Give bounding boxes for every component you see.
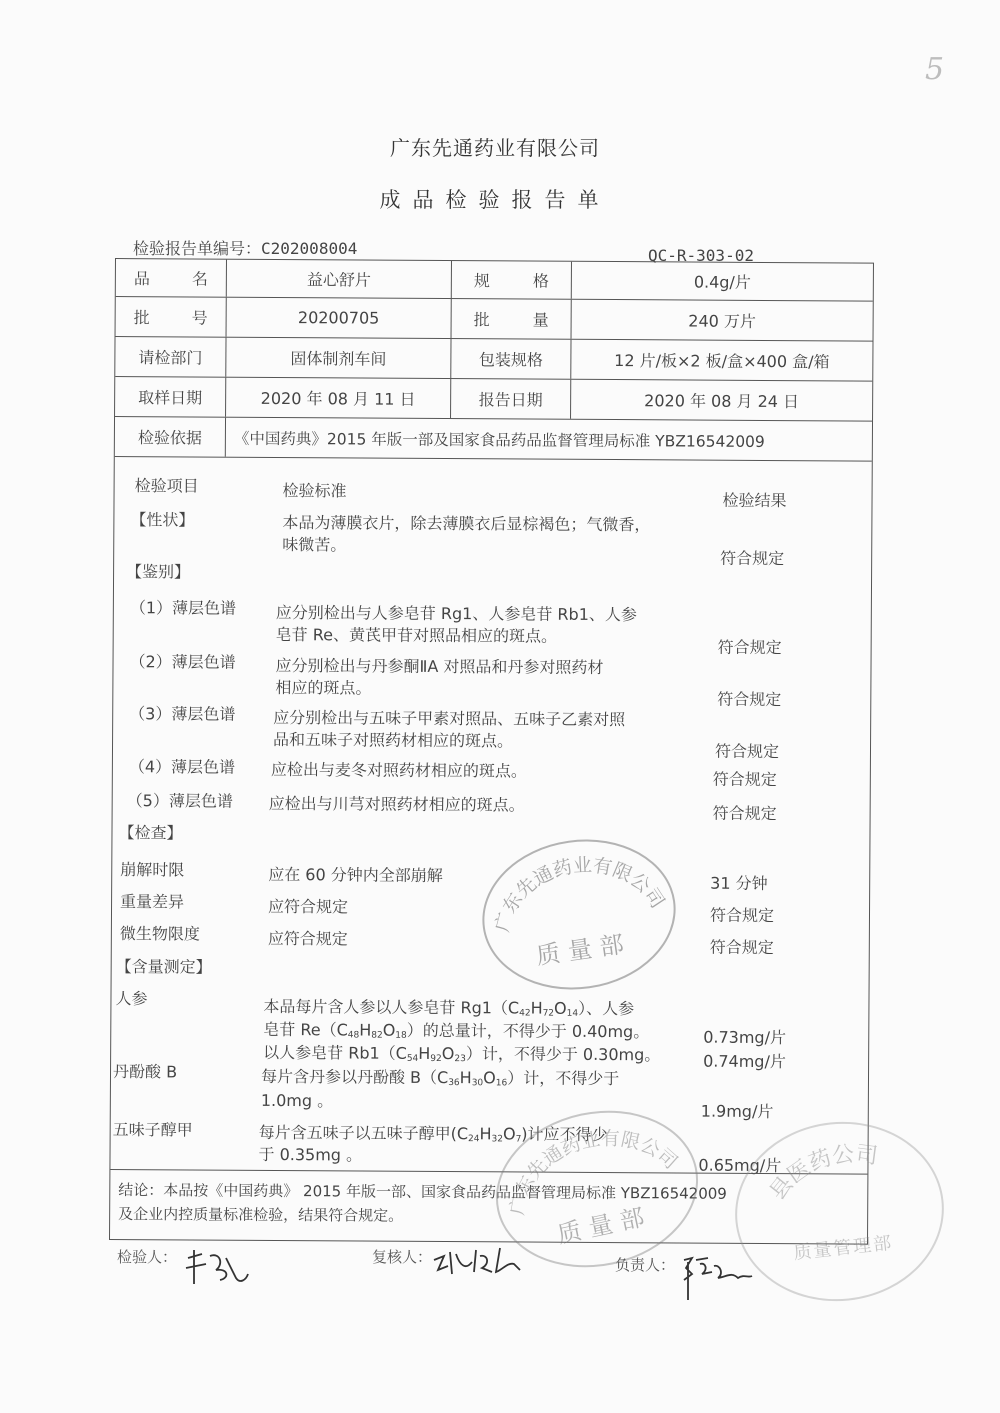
basis-value: 《中国药典》2015 年版一部及国家食品药品监督管理局标准 YBZ1654200… <box>225 418 872 461</box>
text: O <box>483 1068 496 1087</box>
packing-value: 12 片/板×2 板/盒×400 盒/箱 <box>570 340 872 381</box>
assay-name: 丹酚酸 B <box>113 1061 177 1083</box>
subscript: 30 <box>472 1078 484 1088</box>
subscript: 36 <box>448 1078 460 1088</box>
inspection-name: 微生物限度 <box>120 923 200 945</box>
assay-name: 人参 <box>115 988 147 1010</box>
sample-date-label: 取样日期 <box>115 377 225 417</box>
text: O <box>442 1044 455 1063</box>
product-name-value: 益心舒片 <box>226 260 451 298</box>
identification-result: 符合规定 <box>718 637 782 659</box>
section-appearance-title: 【性状】 <box>130 509 194 531</box>
dept-label: 请检部门 <box>115 337 225 377</box>
appearance-standard-line2: 味微苦。 <box>282 534 346 556</box>
section-identification-title: 【鉴别】 <box>126 561 190 583</box>
label-char: 量 <box>533 308 549 331</box>
identification-result: 符合规定 <box>715 741 779 763</box>
label-char: 品 <box>134 266 150 289</box>
identification-name: （5）薄层色谱 <box>127 790 233 813</box>
section-assay-title: 【含量测定】 <box>116 956 212 979</box>
identification-result: 符合规定 <box>713 803 777 825</box>
text: 每片含丹参以丹酚酸 B（C <box>261 1067 448 1087</box>
document-title: 成品检验报告单 <box>0 184 990 214</box>
text: O <box>383 1021 396 1040</box>
subscript: 14 <box>567 1009 579 1019</box>
col-header-standard: 检验标准 <box>283 480 347 502</box>
row-product-name: 品名 益心舒片 规格 0.4g/片 <box>116 259 873 302</box>
inspection-standard: 应符合规定 <box>268 928 348 950</box>
row-dept: 请检部门 固体制剂车间 包装规格 12 片/板×2 板/盒×400 盒/箱 <box>115 337 872 382</box>
quality-dept-stamp: 广东先通药业有限公司 质量部 <box>473 827 686 1002</box>
text: H <box>359 1021 371 1040</box>
inspection-report-table: 品名 益心舒片 规格 0.4g/片 批号 20200705 批量 240 万片 … <box>109 258 874 1245</box>
subscript: 54 <box>407 1054 419 1064</box>
responsible-label: 负责人： <box>615 1254 675 1275</box>
identification-name: （4）薄层色谱 <box>129 756 235 779</box>
text: ）计，不得少于 <box>507 1068 619 1088</box>
packing-label: 包装规格 <box>450 339 570 379</box>
assay-standard-line2: 于 0.35mg 。 <box>258 1144 362 1167</box>
label-char: 批 <box>134 305 150 328</box>
subscript: 48 <box>348 1030 360 1040</box>
pharma-company-stamp: 县医药公司 质量管理部 <box>726 1112 953 1312</box>
identification-standard-line2: 皂苷 Re、黄芪甲苷对照品相应的斑点。 <box>276 624 557 648</box>
report-date-value: 2020 年 08 月 24 日 <box>570 380 872 421</box>
batch-qty-value: 240 万片 <box>571 300 873 341</box>
inspection-result: 符合规定 <box>710 905 774 927</box>
appearance-result: 符合规定 <box>720 548 784 570</box>
sample-date-value: 2020 年 08 月 11 日 <box>225 378 450 418</box>
label-char: 名 <box>192 266 208 289</box>
assay-result: 1.9mg/片 <box>701 1101 774 1123</box>
dept-value: 固体制剂车间 <box>225 338 450 378</box>
subscript: 16 <box>496 1078 508 1088</box>
report-number-value: C202008004 <box>261 239 357 258</box>
reviewer-label: 复核人： <box>372 1246 432 1267</box>
identification-name: （1）薄层色谱 <box>130 597 236 620</box>
inspector-signature <box>180 1244 250 1294</box>
batch-qty-label: 批量 <box>451 299 571 339</box>
subscript: 18 <box>395 1031 407 1041</box>
subscript: 23 <box>454 1054 466 1064</box>
row-basis: 检验依据 《中国药典》2015 年版一部及国家食品药品监督管理局标准 YBZ16… <box>115 417 872 462</box>
identification-standard-line1: 应分别检出与五味子甲素对照品、五味子乙素对照 <box>273 707 625 731</box>
text: ）、人参 <box>578 999 634 1018</box>
inspection-standard: 应符合规定 <box>268 896 348 918</box>
text: H <box>418 1044 430 1063</box>
text: H <box>531 999 543 1018</box>
row-batch: 批号 20200705 批量 240 万片 <box>116 297 873 342</box>
text: 本品每片含人参以人参皂苷 Rg1（C <box>263 997 519 1018</box>
batch-no-label: 批号 <box>116 297 226 337</box>
subscript: 42 <box>519 1008 531 1018</box>
identification-standard-line1: 应分别检出与丹参酮ⅡA 对照品和丹参对照药材 <box>275 655 603 679</box>
assay-result: 0.74mg/片 <box>703 1051 786 1074</box>
row-dates: 取样日期 2020 年 08 月 11 日 报告日期 2020 年 08 月 2… <box>115 377 872 422</box>
identification-standard-line2: 相应的斑点。 <box>275 677 371 700</box>
appearance-standard-line1: 本品为薄膜衣片，除去薄膜衣后显棕褐色；气微香， <box>282 512 650 536</box>
identification-name: （2）薄层色谱 <box>129 651 235 674</box>
col-header-item: 检验项目 <box>135 475 199 497</box>
basis-label: 检验依据 <box>115 417 225 457</box>
text: 皂苷 Re（C <box>263 1020 348 1040</box>
identification-standard-line1: 应检出与川芎对照药材相应的斑点。 <box>269 793 525 817</box>
inspection-standard: 应在 60 分钟内全部崩解 <box>268 864 443 887</box>
identification-result: 符合规定 <box>717 689 781 711</box>
text: ）计，不得少于 0.30mg。 <box>466 1044 661 1064</box>
assay-result: 0.73mg/片 <box>703 1027 786 1050</box>
text: H <box>460 1068 472 1087</box>
subscript: 24 <box>468 1134 480 1144</box>
assay-name: 五味子醇甲 <box>113 1119 193 1141</box>
page-number: 5 <box>925 52 944 87</box>
identification-standard-line2: 品和五味子对照药材相应的斑点。 <box>273 729 513 752</box>
label-char: 批 <box>474 307 490 330</box>
inspection-result: 符合规定 <box>710 937 774 959</box>
label-char: 号 <box>192 305 208 328</box>
stamp-arc-text: 县医药公司 <box>728 1114 950 1309</box>
identification-standard-line1: 应分别检出与人参皂苷 Rg1、人参皂苷 Rb1、人参 <box>276 602 637 626</box>
section-inspection-title: 【检查】 <box>118 822 182 844</box>
inspection-name: 崩解时限 <box>120 859 184 881</box>
batch-no-value: 20200705 <box>226 298 451 338</box>
report-date-label: 报告日期 <box>450 379 570 419</box>
inspection-result: 31 分钟 <box>710 873 768 895</box>
identification-name: （3）薄层色谱 <box>129 703 235 726</box>
product-name-label: 品名 <box>116 259 226 297</box>
subscript: 92 <box>430 1054 442 1064</box>
text: 每片含五味子以五味子醇甲(C <box>259 1123 469 1143</box>
text: O <box>554 999 567 1018</box>
responsible-signature <box>678 1252 758 1302</box>
identification-result: 符合规定 <box>713 769 777 791</box>
spec-label: 规格 <box>451 261 571 299</box>
col-header-result: 检验结果 <box>722 490 786 512</box>
inspector-label: 检验人： <box>117 1246 177 1267</box>
company-name: 广东先通药业有限公司 <box>0 132 990 161</box>
text: ）的总量计，不得少于 0.40mg。 <box>407 1021 650 1041</box>
subscript: 72 <box>543 1009 555 1019</box>
svg-text:县医药公司: 县医药公司 <box>761 1139 884 1206</box>
spec-value: 0.4g/片 <box>571 262 873 301</box>
reviewer-signature <box>430 1242 530 1282</box>
inspection-name: 重量差异 <box>120 891 184 913</box>
label-char: 规 <box>474 268 490 291</box>
subscript: 82 <box>371 1031 383 1041</box>
report-number-label: 检验报告单编号： <box>133 239 261 258</box>
report-number: 检验报告单编号：C202008004 <box>133 236 357 259</box>
label-char: 格 <box>533 269 549 292</box>
identification-standard-line1: 应检出与麦冬对照药材相应的斑点。 <box>271 759 527 783</box>
text: 以人参皂苷 Rb1（C <box>263 1043 407 1063</box>
assay-standard-line2: 1.0mg 。 <box>261 1090 333 1112</box>
